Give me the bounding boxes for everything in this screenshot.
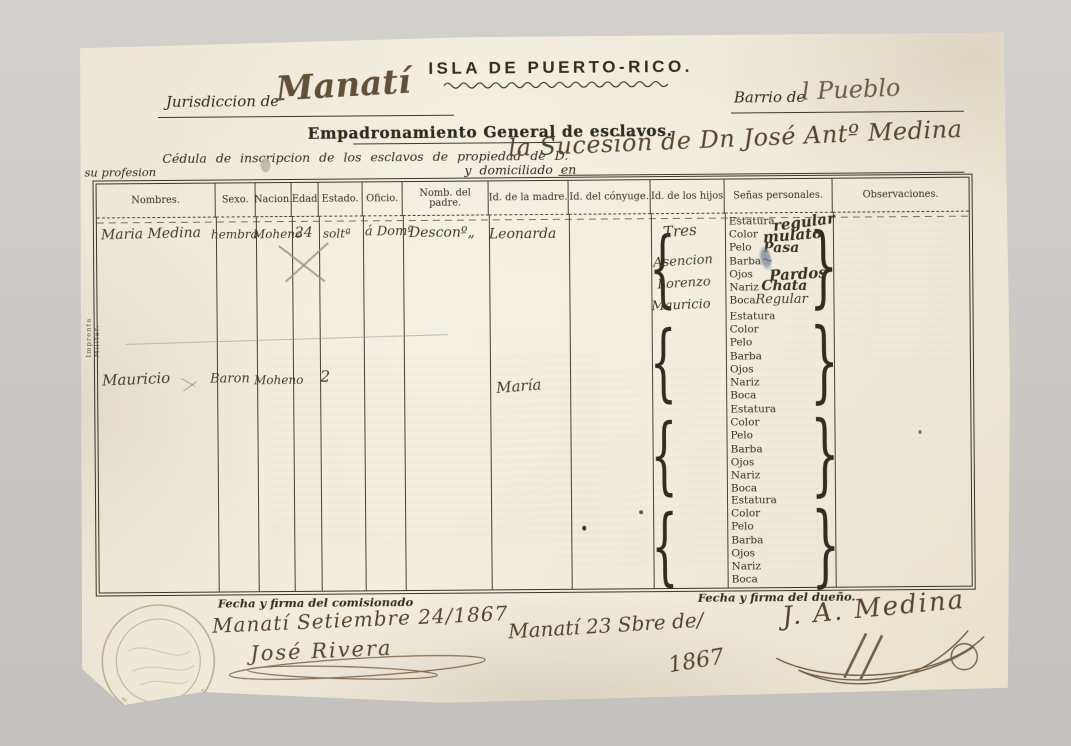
- col-header-conyuge: Id. del cónyuge.: [569, 180, 651, 215]
- row1-hijo-3: Mauricio: [651, 297, 711, 315]
- hijos-brace-left: {: [651, 498, 678, 596]
- row1-hijo-1: Asencion: [653, 252, 714, 271]
- document-paper: ISLA DE PUERTO-RICO. Jurisdiccion de Man…: [75, 32, 1012, 705]
- table-column-divider: [569, 215, 573, 589]
- dueno-fecha-line1: Manatí 23 Sbre de/: [507, 608, 704, 644]
- senas-brace-right: }: [810, 310, 839, 414]
- row1-sexo: hembra: [211, 227, 258, 241]
- row1-senas-boca: Regular: [755, 292, 807, 307]
- table-column-divider: [319, 217, 323, 591]
- col-header-nombres: Nombres.: [97, 184, 216, 219]
- col-header-estado: Estado.: [319, 182, 363, 216]
- row1-hijos-count: Tres: [662, 221, 697, 242]
- firma-flourish: [222, 650, 492, 688]
- pencil-underline: [126, 334, 448, 345]
- ink-speck: [639, 510, 643, 514]
- barrio-underline: [731, 111, 964, 114]
- barrio-label: Barrio de: [734, 88, 806, 107]
- col-header-oficio: Oficio.: [363, 182, 403, 216]
- col-header-edad: Edad: [292, 183, 319, 217]
- rubrica-flourish: [768, 618, 1003, 692]
- col-header-hijos: Id. de los hijos: [651, 180, 725, 215]
- table-column-divider: [489, 215, 493, 589]
- register-table: Nombres. Sexo. Nacion. Edad Estado. Ofic…: [93, 174, 976, 597]
- register-table-inner-border: Nombres. Sexo. Nacion. Edad Estado. Ofic…: [96, 177, 973, 594]
- table-column-divider: [403, 216, 407, 590]
- jurisdiccion-label: Jurisdiccion de: [166, 92, 279, 111]
- row2-nombres: Mauricio: [102, 369, 171, 390]
- barrio-value-handwriting: l Pueblo: [801, 73, 901, 105]
- jurisdiccion-value-handwriting: Manatí: [275, 62, 412, 110]
- col-header-senas: Señas personales.: [725, 179, 833, 214]
- stamp-text: MANATI„: [110, 685, 211, 723]
- row1-nombres: Maria Medina: [101, 225, 201, 244]
- row2-sexo: Baron: [210, 371, 250, 386]
- col-header-nacion: Nacion.: [256, 183, 292, 217]
- row2-nacion: Moheno: [254, 373, 303, 387]
- row1-padre: Desconº„: [409, 225, 475, 242]
- row1-oficio: á Domº: [365, 224, 414, 239]
- table-column-divider: [216, 218, 220, 592]
- hijos-brace-left: {: [650, 407, 677, 505]
- table-column-divider: [256, 217, 260, 591]
- row1-hijo-2: Lorenzo: [657, 274, 711, 292]
- table-column-divider: [725, 214, 729, 588]
- col-header-sexo: Sexo.: [216, 183, 256, 217]
- dueno-fecha-line2: 1867: [667, 644, 726, 678]
- senas-brace-right: }: [810, 403, 839, 507]
- row1-madre: Leonarda: [489, 226, 556, 243]
- row2-madre: María: [496, 375, 542, 396]
- smudge: [260, 158, 270, 172]
- table-column-divider: [363, 216, 367, 590]
- col-header-observaciones: Observaciones.: [833, 178, 969, 213]
- profesion-label: su profesion: [84, 165, 156, 180]
- col-header-madre: Id. de la madre.: [489, 181, 569, 216]
- hijos-brace-left: {: [650, 314, 677, 412]
- jurisdiccion-underline: [158, 115, 454, 118]
- senas-brace-right: }: [811, 494, 840, 598]
- table-body: EstaturaColorPeloBarbaOjosNarizBoca Esta…: [97, 212, 972, 593]
- page-title: ISLA DE PUERTO-RICO.: [411, 57, 711, 79]
- ink-speck: [918, 430, 921, 434]
- row1-estado: soltª: [323, 227, 351, 241]
- col-header-padre: Nomb. del padre.: [403, 181, 489, 216]
- desk-background: { "page": { "background_color": "#cac8c4…: [0, 0, 1071, 746]
- svg-text:MANATI„: MANATI„: [110, 685, 211, 723]
- municipal-stamp: MANATI„: [88, 590, 229, 731]
- ink-speck: [582, 526, 586, 531]
- row2-edad: 2: [320, 367, 330, 386]
- row1-edad: 24: [295, 225, 313, 241]
- wavy-underline: [444, 79, 676, 89]
